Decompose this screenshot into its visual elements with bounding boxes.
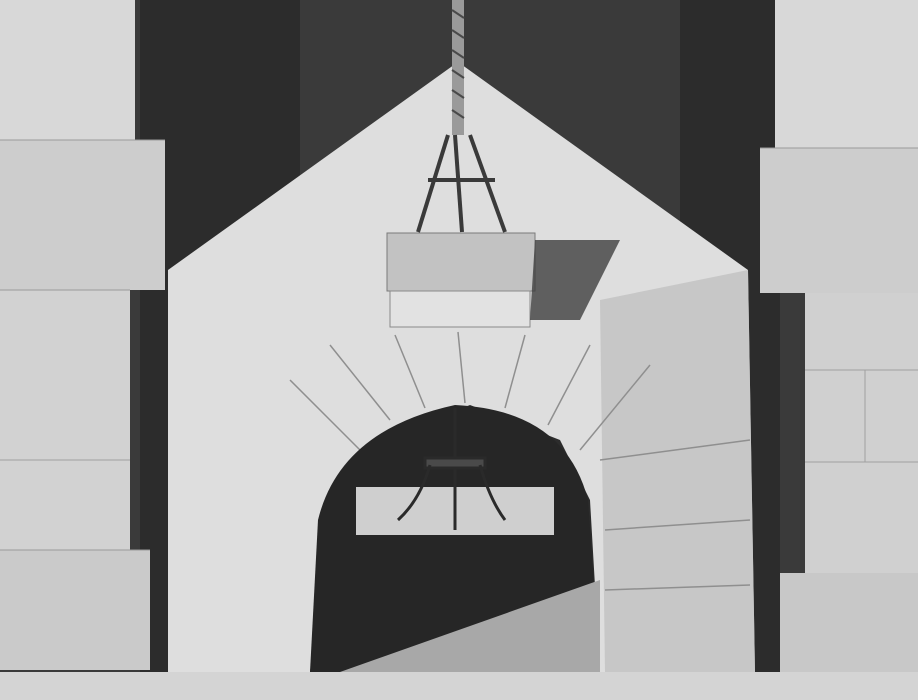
photograph — [0, 0, 918, 700]
arch-scene — [0, 0, 918, 700]
floor — [0, 672, 918, 700]
